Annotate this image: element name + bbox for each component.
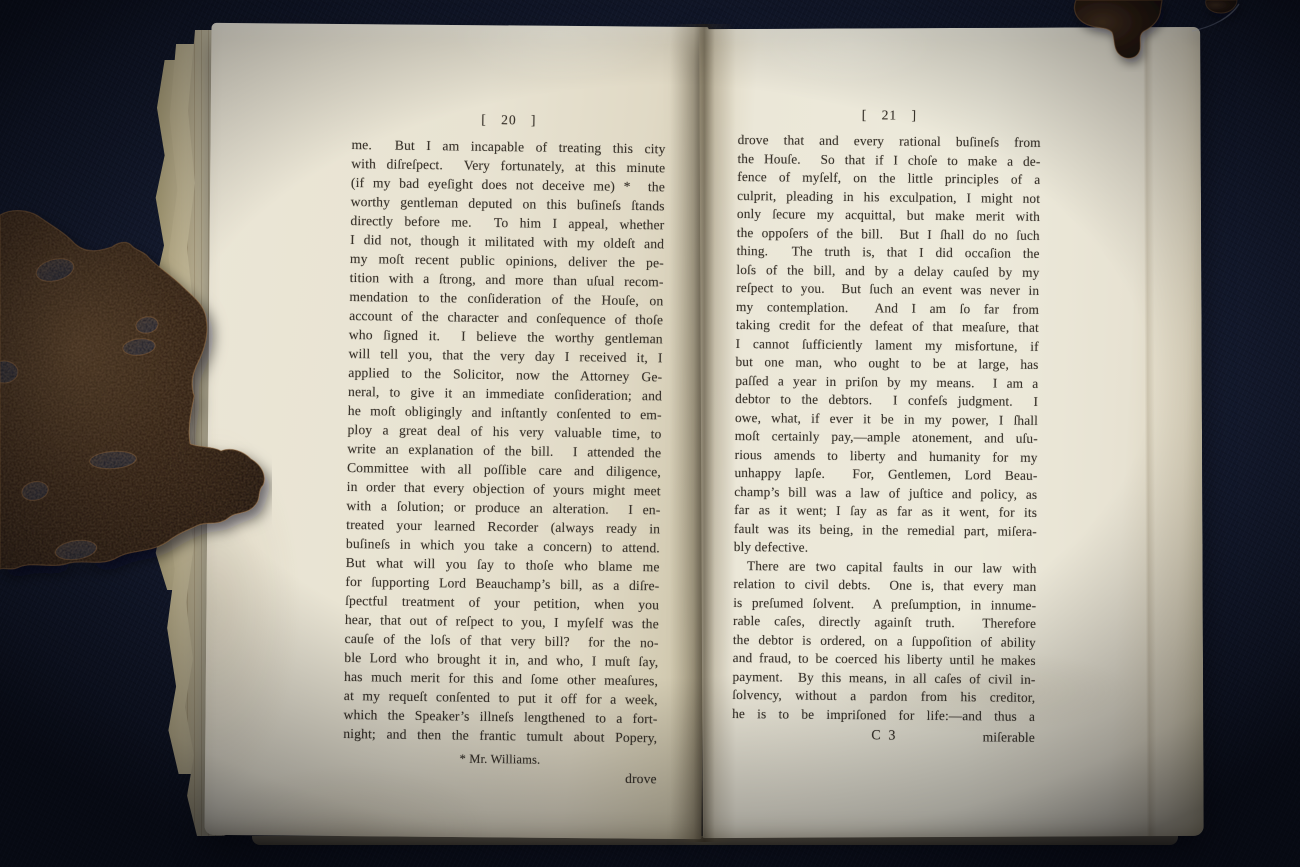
page-21-lines: drove that and every rational buſineſs f… <box>732 131 1041 726</box>
text-line: far as it went; I ſay as far as it went,… <box>734 501 1037 522</box>
catchword: drove <box>625 771 657 786</box>
text-line: unhappy lapſe. For, Gentlemen, Lord Beau… <box>734 464 1037 485</box>
text-line: night; and then the frantic tumult about… <box>343 724 657 747</box>
text-line: he is to be impriſoned for life:—and thu… <box>732 704 1035 725</box>
page-21-bottom-row: C 3 miſerable <box>732 727 1035 749</box>
text-line: fence of myſelf, on the little principle… <box>737 168 1040 189</box>
clasp-top-body <box>1074 0 1239 58</box>
text-line: drove that and every rational buſineſs f… <box>738 131 1041 152</box>
page-20-number: [ 20 ] <box>352 110 666 131</box>
text-line: ſolvency, without a pardon from his cred… <box>732 686 1035 707</box>
book-gutter-shadow <box>670 24 736 842</box>
text-line: bly defective. <box>734 538 1037 559</box>
clasp-body <box>0 211 264 569</box>
catchword: miſerable <box>983 729 1035 746</box>
text-line: moſt certainly pay,—ample atonement, and… <box>735 427 1038 448</box>
page-20-lines: me. But I am incapable of treating this … <box>343 135 665 747</box>
book-photo-scene: [ 20 ] me. But I am incapable of treatin… <box>0 0 1300 867</box>
text-line: taking credit for the defeat of that mea… <box>736 316 1039 337</box>
text-line: rable caſes, directly againſt truth. The… <box>733 612 1036 633</box>
iron-clasp-ornament <box>0 188 272 590</box>
text-line: and fraud, to be coerced his liberty unt… <box>733 649 1036 670</box>
page-20-text: [ 20 ] me. But I am incapable of treatin… <box>343 110 666 788</box>
page-21-number: [ 21 ] <box>738 106 1041 126</box>
iron-clasp-top-right <box>1058 0 1268 72</box>
text-line: only ſecure my acquittal, but make merit… <box>737 205 1040 226</box>
text-line: thing. The truth is, that I did occaſion… <box>737 242 1040 263</box>
text-line: reſpect to you. But ſuch an event was ne… <box>736 279 1039 300</box>
text-line: relation to civil debts. One is, that ev… <box>733 575 1036 596</box>
text-line: debtor to the debtors. I confeſs judgmen… <box>735 390 1038 411</box>
page-21-text: [ 21 ] drove that and every rational buſ… <box>732 106 1041 749</box>
text-line: but one man, who ought to be at large, h… <box>735 353 1038 374</box>
